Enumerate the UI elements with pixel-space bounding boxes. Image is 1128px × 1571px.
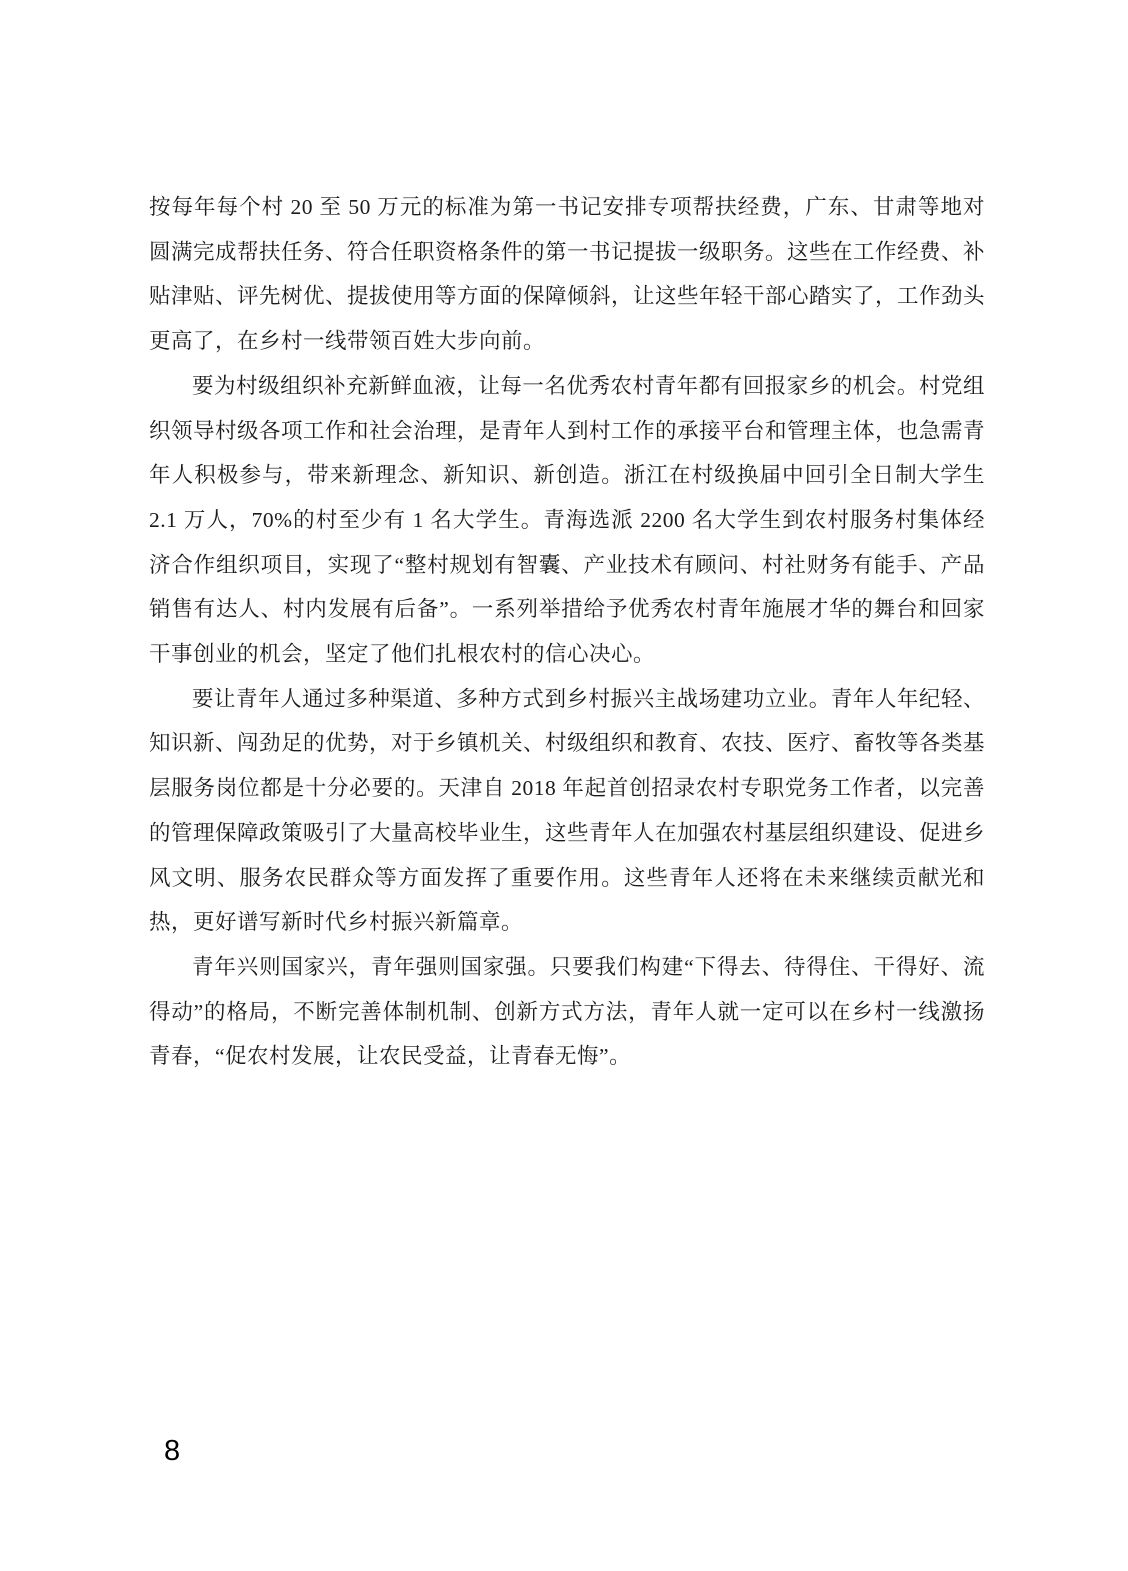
document-page: 按每年每个村 20 至 50 万元的标准为第一书记安排专项帮扶经费，广东、甘肃等… bbox=[0, 0, 1128, 1571]
body-paragraph-3: 要让青年人通过多种渠道、多种方式到乡村振兴主战场建功立业。青年人年纪轻、知识新、… bbox=[149, 677, 985, 945]
page-number: 8 bbox=[164, 1434, 180, 1468]
body-paragraph-2: 要为村级组织补充新鲜血液，让每一名优秀农村青年都有回报家乡的机会。村党组织领导村… bbox=[149, 364, 985, 677]
document-body: 按每年每个村 20 至 50 万元的标准为第一书记安排专项帮扶经费，广东、甘肃等… bbox=[149, 185, 985, 1079]
body-paragraph-1: 按每年每个村 20 至 50 万元的标准为第一书记安排专项帮扶经费，广东、甘肃等… bbox=[149, 185, 985, 364]
body-paragraph-4: 青年兴则国家兴，青年强则国家强。只要我们构建“下得去、待得住、干得好、流得动”的… bbox=[149, 945, 985, 1079]
